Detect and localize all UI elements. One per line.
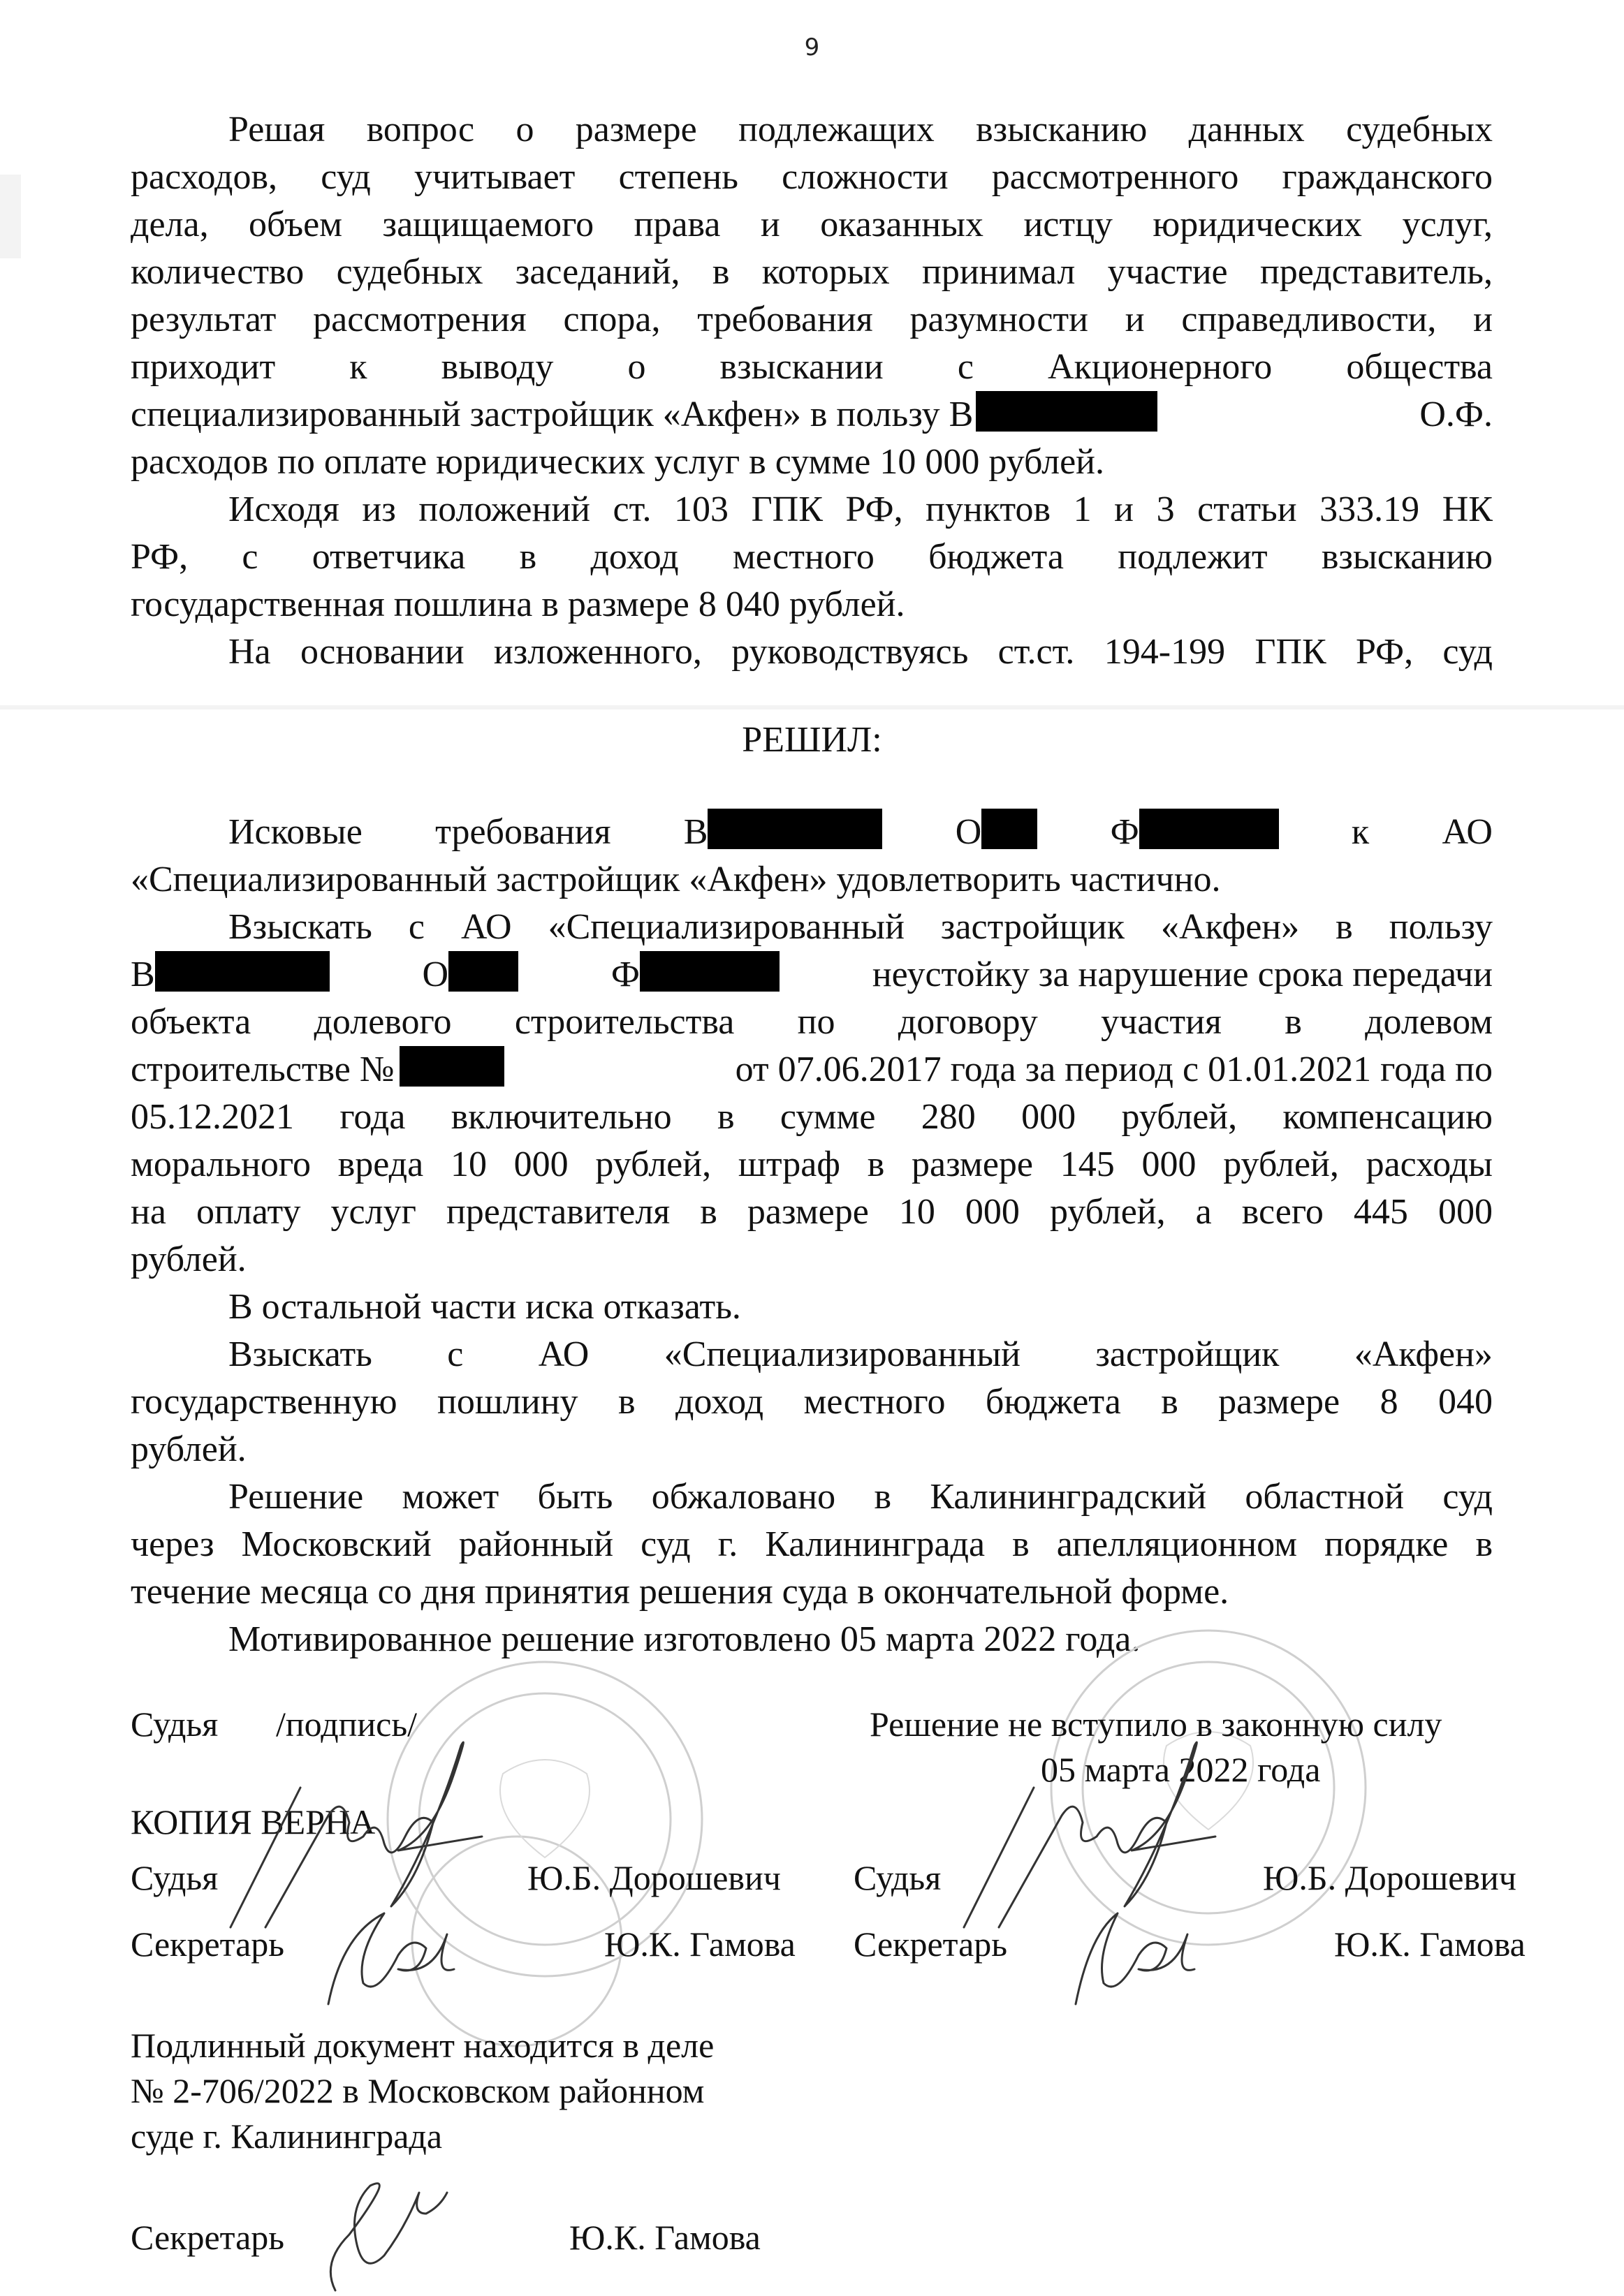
redacted-name: В xyxy=(684,809,883,856)
word: в xyxy=(1285,999,1302,1046)
text-line: РФ, с ответчика в доход местного бюджета… xyxy=(131,533,1493,581)
case-number-line: № 2-706/2022 в Московском районном xyxy=(131,2070,704,2111)
word: «Специализированный xyxy=(664,1331,1021,1378)
text-line: на оплату услуг представителя в размере … xyxy=(131,1189,1493,1236)
text: строительстве № xyxy=(131,1050,394,1089)
judge-label: Судья xyxy=(131,1857,218,1898)
text-line: течение месяца со дня принятия решения с… xyxy=(131,1568,1493,1616)
redaction-box xyxy=(976,391,1157,432)
text: Ф xyxy=(611,955,640,994)
word: о xyxy=(627,344,645,391)
redaction-box xyxy=(1139,809,1279,849)
word: требования xyxy=(435,809,610,856)
judge-label: Судья xyxy=(854,1857,941,1898)
text-line: через Московский районный суд г. Калинин… xyxy=(131,1521,1493,1568)
word: Акционерного xyxy=(1048,344,1272,391)
text-line: строительстве № от 07.06.2017 года за пе… xyxy=(131,1046,1493,1094)
text: О xyxy=(423,955,449,994)
text-line: специализированный застройщик «Акфен» в … xyxy=(131,391,1493,439)
word: по xyxy=(798,999,835,1046)
word: Взыскать xyxy=(228,1331,372,1378)
redaction-box xyxy=(708,809,882,849)
secretary-name: Ю.К. Гамова xyxy=(604,1924,796,1964)
text-line: Решая вопрос о размере подлежащих взыска… xyxy=(131,106,1493,154)
word: застройщик xyxy=(1095,1331,1279,1378)
text-line: количество судебных заседаний, в которых… xyxy=(131,249,1493,296)
redaction-box xyxy=(400,1046,504,1087)
initials: О.Ф. xyxy=(1419,391,1493,439)
paragraph-court-costs: Решая вопрос о размере подлежащих взыска… xyxy=(131,106,1493,676)
word: объекта xyxy=(131,999,251,1046)
word: долевом xyxy=(1365,999,1493,1046)
word: взыскании xyxy=(720,344,884,391)
text-line: Исковые требования В О Ф к АО xyxy=(131,809,1493,856)
line-segment: специализированный застройщик «Акфен» в … xyxy=(131,391,1157,439)
page-number: 9 xyxy=(0,34,1624,61)
secretary-label: Секретарь xyxy=(131,2217,284,2258)
word: выводу xyxy=(441,344,554,391)
word: общества xyxy=(1346,344,1493,391)
redacted-name: Ф xyxy=(611,951,780,999)
text-line: В О Ф неустойку за нарушение срока перед… xyxy=(131,951,1493,999)
text-line: государственную пошлину в доход местного… xyxy=(131,1378,1493,1426)
text-line: Взыскать с АО «Специализированный застро… xyxy=(131,904,1493,951)
redacted-name: О xyxy=(423,951,519,999)
legal-status-date: 05 марта 2022 года xyxy=(1041,1749,1320,1790)
redacted-name: В xyxy=(131,951,330,999)
text-line: рублей. xyxy=(131,1236,1493,1283)
scan-artifact xyxy=(0,705,1624,709)
secretary-name: Ю.К. Гамова xyxy=(1334,1924,1526,1964)
line-segment: строительстве № xyxy=(131,1046,504,1094)
text: специализированный застройщик «Акфен» в … xyxy=(131,395,973,434)
redacted-name: О xyxy=(956,809,1038,856)
original-location-line: Подлинный документ находится в деле xyxy=(131,2025,714,2066)
text-line: морального вреда 10 000 рублей, штраф в … xyxy=(131,1141,1493,1189)
text-line: объекта долевого строительства по догово… xyxy=(131,999,1493,1046)
text-line: дела, объем защищаемого права и оказанны… xyxy=(131,201,1493,249)
word: «Акфен» xyxy=(1354,1331,1493,1378)
text-line: результат рассмотрения спора, требования… xyxy=(131,296,1493,344)
text-line: государственная пошлина в размере 8 040 … xyxy=(131,581,1493,628)
word: приходит xyxy=(131,344,275,391)
text-line: Решение может быть обжаловано в Калининг… xyxy=(131,1473,1493,1521)
decision-section: Исковые требования В О Ф к АО «Специализ… xyxy=(131,809,1493,1663)
redacted-name: Ф xyxy=(1111,809,1279,856)
word: к xyxy=(1352,809,1369,856)
document-page: 9 Решая вопрос о размере подлежащих взыс… xyxy=(0,0,1624,2296)
text: В xyxy=(131,955,155,994)
text: неустойку за нарушение срока передачи xyxy=(872,951,1493,999)
word: долевого xyxy=(314,999,451,1046)
text-line: На основании изложенного, руководствуясь… xyxy=(131,628,1493,676)
text-line: расходов по оплате юридических услуг в с… xyxy=(131,439,1493,486)
legal-status-line: Решение не вступило в законную силу xyxy=(870,1704,1442,1744)
word: договору xyxy=(898,999,1038,1046)
judge-label: Судья xyxy=(131,1704,218,1744)
text: О xyxy=(956,812,982,852)
word: с xyxy=(958,344,974,391)
text-line: Мотивированное решение изготовлено 05 ма… xyxy=(131,1616,1493,1663)
word: строительства xyxy=(515,999,735,1046)
word: с xyxy=(447,1331,463,1378)
word: АО xyxy=(539,1331,590,1378)
text-line: «Специализированный застройщик «Акфен» у… xyxy=(131,856,1493,904)
scan-artifact xyxy=(0,175,21,258)
secretary-name: Ю.К. Гамова xyxy=(569,2217,761,2258)
judge-name: Ю.Б. Дорошевич xyxy=(527,1857,781,1898)
word: Исковые xyxy=(228,809,363,856)
redaction-box xyxy=(981,809,1037,849)
redaction-box xyxy=(155,951,330,992)
signature-placeholder: /подпись/ xyxy=(276,1704,417,1744)
text-line: расходов, суд учитывает степень сложност… xyxy=(131,154,1493,201)
text: В xyxy=(684,812,708,852)
secretary-label: Секретарь xyxy=(854,1924,1007,1964)
text-line: приходит к выводу о взыскании с Акционер… xyxy=(131,344,1493,391)
text-line: 05.12.2021 года включительно в сумме 280… xyxy=(131,1094,1493,1141)
court-location-line: суде г. Калининграда xyxy=(131,2116,442,2156)
text: от 07.06.2017 года за период с 01.01.202… xyxy=(736,1046,1493,1094)
text-line: В остальной части иска отказать. xyxy=(131,1283,1493,1331)
redaction-box xyxy=(640,951,780,992)
redaction-box xyxy=(448,951,518,992)
copy-verified-label: КОПИЯ ВЕРНА xyxy=(131,1802,375,1842)
secretary-label: Секретарь xyxy=(131,1924,284,1964)
text-line: Исходя из положений ст. 103 ГПК РФ, пунк… xyxy=(131,486,1493,533)
word: участия xyxy=(1101,999,1222,1046)
text-line: рублей. xyxy=(131,1426,1493,1473)
word: к xyxy=(349,344,367,391)
decision-heading: РЕШИЛ: xyxy=(0,719,1624,760)
judge-name: Ю.Б. Дорошевич xyxy=(1263,1857,1516,1898)
text: Ф xyxy=(1111,812,1139,852)
word: АО xyxy=(1442,809,1493,856)
text-line: Взыскать с АО «Специализированный застро… xyxy=(131,1331,1493,1378)
